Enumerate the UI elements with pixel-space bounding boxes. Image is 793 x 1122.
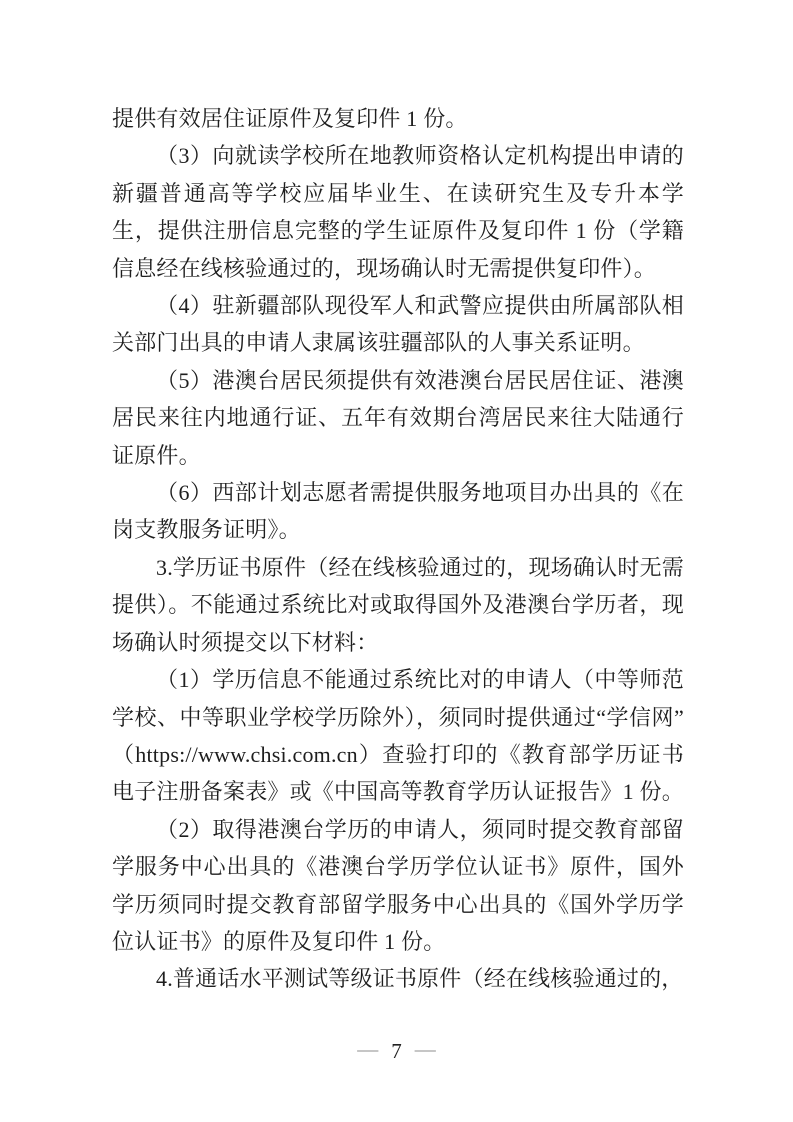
paragraph-continuation: 提供有效居住证原件及复印件 1 份。: [112, 100, 684, 137]
paragraph-sub-item-2: （2）取得港澳台学历的申请人，须同时提交教育部留学服务中心出具的《港澳台学历学位…: [112, 811, 684, 961]
document-body: 提供有效居住证原件及复印件 1 份。 （3）向就读学校所在地教师资格认定机构提出…: [112, 100, 684, 998]
paragraph-item-3: （3）向就读学校所在地教师资格认定机构提出申请的新疆普通高等学校应届毕业生、在读…: [112, 137, 684, 287]
paragraph-section-4: 4.普通话水平测试等级证书原件（经在线核验通过的，: [112, 960, 684, 997]
paragraph-section-3: 3.学历证书原件（经在线核验通过的，现场确认时无需提供）。不能通过系统比对或取得…: [112, 549, 684, 661]
paragraph-item-4: （4）驻新疆部队现役军人和武警应提供由所属部队相关部门出具的申请人隶属该驻疆部队…: [112, 287, 684, 362]
paragraph-item-6: （6）西部计划志愿者需提供服务地项目办出具的《在岗支教服务证明》。: [112, 474, 684, 549]
footer-left-dash: —: [357, 1037, 378, 1061]
footer-right-dash: —: [415, 1037, 436, 1061]
page-footer: —7—: [0, 1036, 793, 1066]
paragraph-sub-item-1: （1）学历信息不能通过系统比对的申请人（中等师范学校、中等职业学校学历除外），须…: [112, 661, 684, 811]
document-page: 提供有效居住证原件及复印件 1 份。 （3）向就读学校所在地教师资格认定机构提出…: [0, 0, 793, 1122]
paragraph-item-5: （5）港澳台居民须提供有效港澳台居民居住证、港澳居民来往内地通行证、五年有效期台…: [112, 362, 684, 474]
page-number: 7: [391, 1039, 402, 1063]
